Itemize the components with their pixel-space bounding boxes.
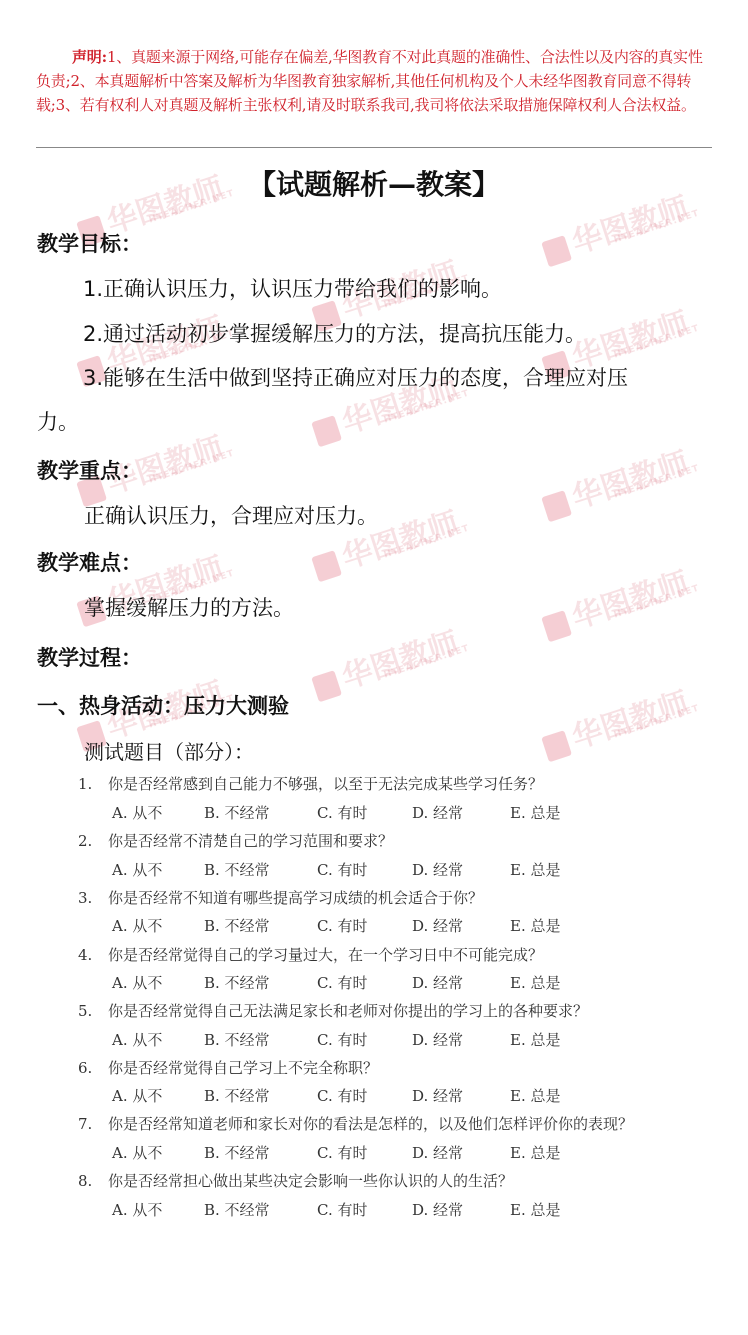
huatu-logo-icon	[541, 490, 572, 522]
question: 2.你是否经常不清楚自己的学习范围和要求？	[78, 830, 393, 851]
huatu-logo-icon	[311, 415, 342, 447]
question: 1.你是否经常感到自己能力不够强，以至于无法完成某些学习任务？	[78, 773, 543, 794]
watermark: 华图教师HTEACHER.NET	[537, 558, 693, 646]
question: 4.你是否经常觉得自己的学习量过大，在一个学习日中不可能完成？	[78, 944, 543, 965]
heading-difficulty: 教学难点：	[37, 547, 142, 577]
page-title: 【试题解析—教案】	[0, 163, 748, 203]
heading-activity: 一、热身活动：压力大测验	[37, 690, 289, 720]
huatu-logo-icon	[541, 235, 572, 267]
difficulty-text: 掌握缓解压力的方法。	[84, 592, 294, 622]
goal-item-continued: 力。	[37, 406, 79, 436]
disclaimer-label: 声明:	[72, 48, 107, 66]
goal-item: 3.能够在生活中做到坚持正确应对压力的态度，合理应对压	[83, 362, 628, 392]
divider	[36, 147, 712, 148]
heading-process: 教学过程：	[37, 642, 142, 672]
question: 7.你是否经常知道老师和家长对你的看法是怎样的，以及他们怎样评价你的表现？	[78, 1113, 633, 1134]
goal-item: 2.通过活动初步掌握缓解压力的方法，提高抗压能力。	[83, 318, 586, 348]
goal-item: 1.正确认识压力，认识压力带给我们的影响。	[83, 273, 502, 303]
watermark: 华图教师HTEACHER.NET	[537, 438, 693, 526]
activity-subheading: 测试题目（部分）：	[84, 736, 254, 765]
watermark: 华图教师HTEACHER.NET	[537, 678, 693, 766]
key-point-text: 正确认识压力，合理应对压力。	[84, 500, 378, 530]
huatu-logo-icon	[311, 550, 342, 582]
question: 3.你是否经常不知道有哪些提高学习成绩的机会适合于你？	[78, 887, 483, 908]
disclaimer: 声明:1、真题来源于网络,可能存在偏差,华图教育不对此真题的准确性、合法性以及内…	[36, 45, 712, 117]
heading-goals: 教学目标：	[37, 228, 142, 258]
question: 5.你是否经常觉得自己无法满足家长和老师对你提出的学习上的各种要求？	[78, 1000, 588, 1021]
huatu-logo-icon	[541, 610, 572, 642]
question: 6.你是否经常觉得自己学习上不完全称职？	[78, 1057, 378, 1078]
question: 8.你是否经常担心做出某些决定会影响一些你认识的人的生活？	[78, 1170, 513, 1191]
heading-key-point: 教学重点：	[37, 455, 142, 485]
huatu-logo-icon	[541, 730, 572, 762]
huatu-logo-icon	[311, 670, 342, 702]
disclaimer-text: 1、真题来源于网络,可能存在偏差,华图教育不对此真题的准确性、合法性以及内容的真…	[36, 48, 703, 114]
watermark: 华图教师HTEACHER.NET	[307, 618, 463, 706]
